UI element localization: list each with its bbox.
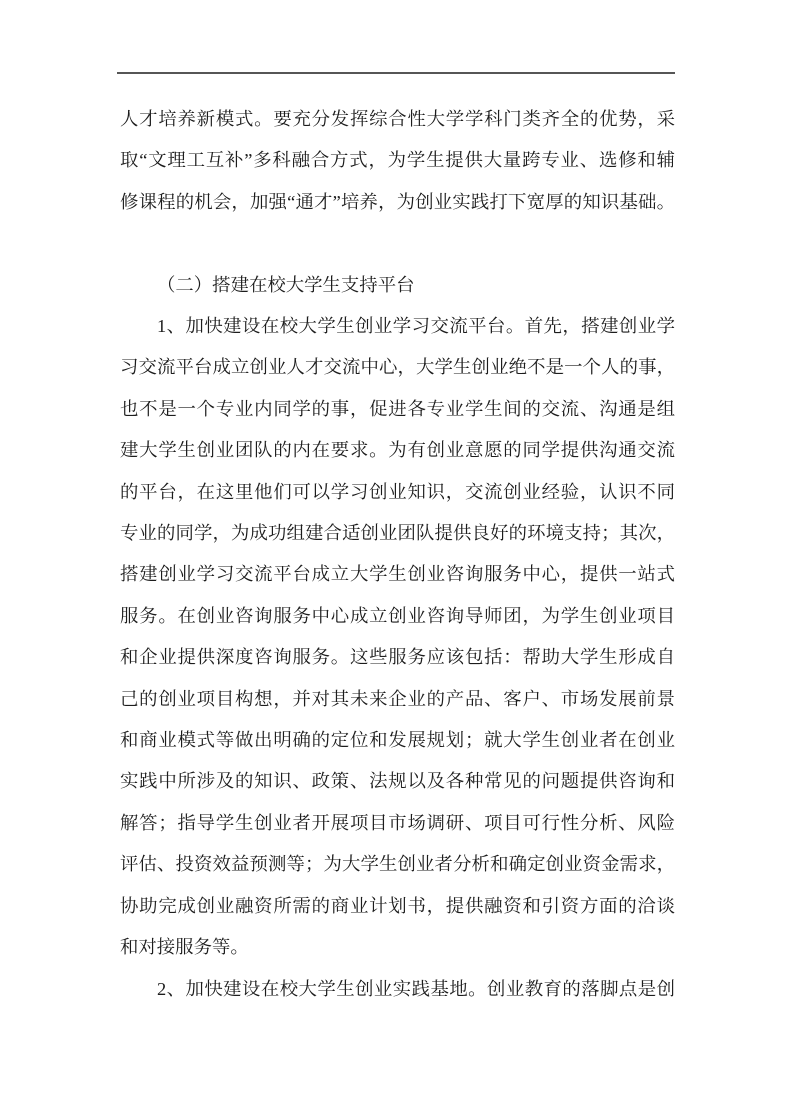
text-line: 实践中所涉及的知识、政策、法规以及各种常见的问题提供咨询和 <box>120 761 675 802</box>
paragraph-point-2-practice-base: 2、加快建设在校大学生创业实践基地。创业教育的落脚点是创 <box>120 969 675 1010</box>
text-line: 人才培养新模式。要充分发挥综合性大学学科门类齐全的优势，采 <box>120 99 675 140</box>
document-body: 人才培养新模式。要充分发挥综合性大学学科门类齐全的优势，采取“文理工互补”多科融… <box>120 99 675 1010</box>
text-line: 评估、投资效益预测等；为大学生创业者分析和确定创业资金需求， <box>120 844 675 885</box>
paragraph-point-1-exchange-platform: 1、加快建设在校大学生创业学习交流平台。首先，搭建创业学习交流平台成立创业人才交… <box>120 306 675 969</box>
text-line: 搭建创业学习交流平台成立大学生创业咨询服务中心，提供一站式 <box>120 554 675 595</box>
text-line: 解答；指导学生创业者开展项目市场调研、项目可行性分析、风险 <box>120 803 675 844</box>
text-line: 取“文理工互补”多科融合方式，为学生提供大量跨专业、选修和辅 <box>120 140 675 181</box>
text-line: 1、加快建设在校大学生创业学习交流平台。首先，搭建创业学 <box>120 306 675 347</box>
text-line: 己的创业项目构想，并对其未来企业的产品、客户、市场发展前景 <box>120 679 675 720</box>
text-line: 建大学生创业团队的内在要求。为有创业意愿的同学提供沟通交流 <box>120 430 675 471</box>
text-line: 专业的同学，为成功组建合适创业团队提供良好的环境支持；其次， <box>120 513 675 554</box>
text-line: 和企业提供深度咨询服务。这些服务应该包括：帮助大学生形成自 <box>120 637 675 678</box>
header-separator-rule <box>117 72 675 74</box>
text-line: 的平台，在这里他们可以学习创业知识，交流创业经验，认识不同 <box>120 472 675 513</box>
text-line: 2、加快建设在校大学生创业实践基地。创业教育的落脚点是创 <box>120 969 675 1010</box>
text-line: 修课程的机会，加强“通才”培养，为创业实践打下宽厚的知识基础。 <box>120 182 675 223</box>
text-line: 和对接服务等。 <box>120 927 675 968</box>
document-page: 人才培养新模式。要充分发挥综合性大学学科门类齐全的优势，采取“文理工互补”多科融… <box>0 0 792 1120</box>
text-line: 和商业模式等做出明确的定位和发展规划；就大学生创业者在创业 <box>120 720 675 761</box>
paragraph-section-heading: （二）搭建在校大学生支持平台 <box>120 265 675 306</box>
text-line: 习交流平台成立创业人才交流中心，大学生创业绝不是一个人的事， <box>120 347 675 388</box>
text-line: 协助完成创业融资所需的商业计划书，提供融资和引资方面的洽谈 <box>120 886 675 927</box>
text-line: 服务。在创业咨询服务中心成立创业咨询导师团，为学生创业项目 <box>120 596 675 637</box>
section-heading-line: （二）搭建在校大学生支持平台 <box>120 265 675 306</box>
text-line: 也不是一个专业内同学的事，促进各专业学生间的交流、沟通是组 <box>120 389 675 430</box>
paragraph-intro-continuation: 人才培养新模式。要充分发挥综合性大学学科门类齐全的优势，采取“文理工互补”多科融… <box>120 99 675 223</box>
